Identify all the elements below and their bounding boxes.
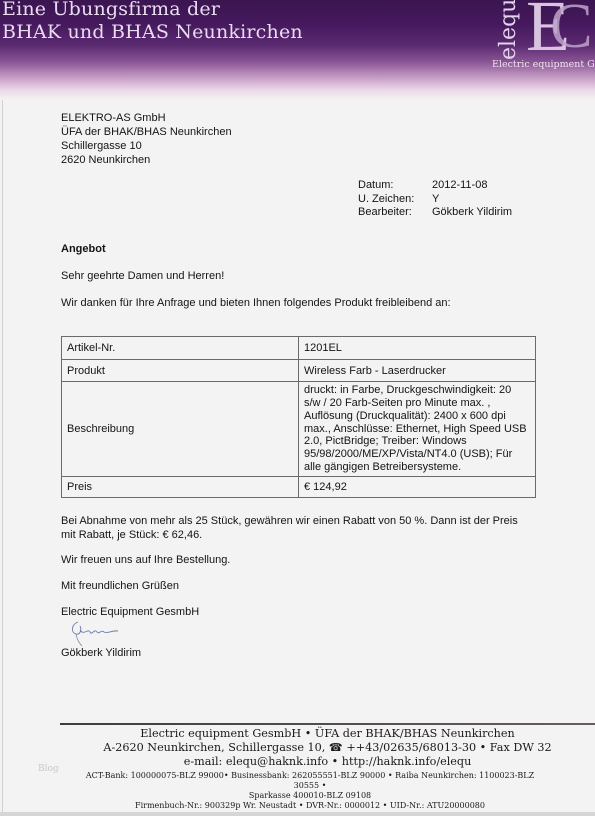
footer-line: e-mail: elequ@haknk.info • http://haknk.… — [60, 755, 595, 769]
row-value: € 124,92 — [299, 477, 536, 498]
row-value: 1201EL — [299, 337, 536, 360]
company-name: Electric Equipment GesmbH — [61, 605, 531, 619]
discount-text: Bei Abnahme von mehr als 25 Stück, gewäh… — [61, 514, 526, 542]
logo-subtitle: Electric equipment GmbH — [492, 59, 595, 70]
company-logo: elequ E C Electric equipment GmbH — [488, 0, 595, 80]
greeting-text: Mit freundlichen Grüßen — [61, 579, 531, 593]
signature-scribble — [68, 618, 123, 648]
salutation: Sehr geehrte Damen und Herren! — [61, 269, 531, 283]
meta-clerk: Bearbeiter: Gökberk Yildirim — [358, 206, 512, 220]
letterhead-title-line1: Eine Übungsfirma der — [2, 0, 220, 20]
footer-line: A-2620 Neunkirchen, Schillergasse 10, ☎ … — [60, 741, 595, 755]
meta-label: U. Zeichen: — [358, 193, 432, 207]
recipient-line: 2620 Neunkirchen — [61, 153, 232, 167]
recipient-line: Schillergasse 10 — [61, 139, 232, 153]
letterhead-title-line2: BHAK und BHAS Neunkirchen — [2, 21, 303, 43]
table-row: Beschreibung druckt: in Farbe, Druckgesc… — [62, 382, 536, 477]
offer-table: Artikel-Nr. 1201EL Produkt Wireless Farb… — [61, 336, 536, 498]
meta-value: Gökberk Yildirim — [432, 206, 512, 220]
footer-line: Electric equipment GesmbH • ÜFA der BHAK… — [60, 727, 595, 741]
row-value: druckt: in Farbe, Druckgeschwindigkeit: … — [299, 382, 536, 477]
footer-divider — [60, 723, 595, 725]
meta-label: Datum: — [358, 179, 432, 193]
row-label: Produkt — [62, 360, 299, 382]
recipient-line: ÜFA der BHAK/BHAS Neunkirchen — [61, 125, 232, 139]
row-value: Wireless Farb - Laserdrucker — [299, 360, 536, 382]
recipient-line: ELEKTRO-AS GmbH — [61, 111, 232, 125]
meta-value: Y — [432, 193, 439, 207]
meta-reference: U. Zeichen: Y — [358, 193, 512, 207]
intro-text: Wir danken für Ihre Anfrage und bieten I… — [61, 296, 531, 310]
row-label: Artikel-Nr. — [62, 337, 299, 360]
meta-value: 2012-11-08 — [432, 179, 487, 193]
table-row: Produkt Wireless Farb - Laserdrucker — [62, 360, 536, 382]
footer-bank-line: ACT-Bank: 100000075-BLZ 99000• Businessb… — [40, 771, 580, 791]
footer-contact: Electric equipment GesmbH • ÜFA der BHAK… — [60, 727, 595, 769]
letter-meta: Datum: 2012-11-08 U. Zeichen: Y Bearbeit… — [358, 179, 512, 220]
row-label: Beschreibung — [62, 382, 299, 477]
meta-label: Bearbeiter: — [358, 206, 432, 220]
meta-date: Datum: 2012-11-08 — [358, 179, 512, 193]
letter-subject: Angebot — [61, 243, 106, 255]
recipient-address: ELEKTRO-AS GmbH ÜFA der BHAK/BHAS Neunki… — [61, 111, 232, 167]
logo-vertical-text: elequ — [498, 0, 520, 60]
table-row: Artikel-Nr. 1201EL — [62, 337, 536, 360]
page-bottom-edge — [0, 812, 595, 816]
table-row: Preis € 124,92 — [62, 477, 536, 498]
page-edge — [2, 0, 3, 816]
logo-letter-c: C — [550, 0, 593, 58]
letterhead-banner: Eine Übungsfirma der BHAK und BHAS Neunk… — [0, 0, 595, 100]
footer-bank-line: Sparkasse 400010-BLZ 09108 — [40, 791, 580, 801]
row-label: Preis — [62, 477, 299, 498]
closing-text: Wir freuen uns auf Ihre Bestellung. — [61, 553, 531, 567]
footer-registry-line: Firmenbuch-Nr.: 900329p Wr. Neustadt • D… — [40, 801, 580, 811]
signer-name: Gökberk Yildirim — [61, 646, 531, 660]
footer-bank-details: ACT-Bank: 100000075-BLZ 99000• Businessb… — [40, 771, 580, 811]
